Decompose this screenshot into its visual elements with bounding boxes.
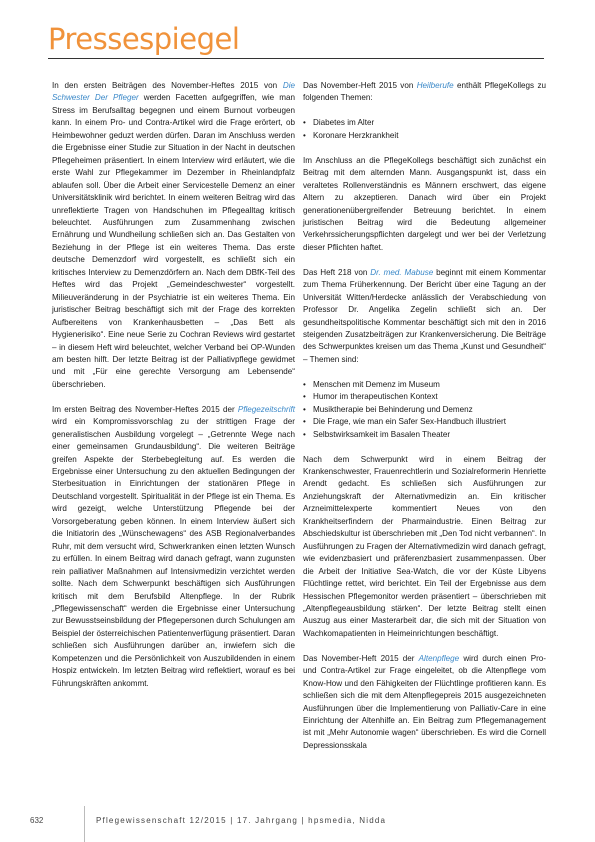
journal-name-pflegezeitschrift: Pflegezeitschrift xyxy=(238,405,295,414)
list-item: Die Frage, wie man ein Safer Sex-Handbuc… xyxy=(303,416,546,428)
paragraph-altenpflege: Das November-Heft 2015 der Altenpflege w… xyxy=(303,653,546,753)
footer-divider xyxy=(84,806,85,842)
list-item: Humor im therapeutischen Kontext xyxy=(303,391,546,403)
right-column: Das November-Heft 2015 von Heilberufe en… xyxy=(303,80,546,765)
list-item: Musiktherapie bei Behinderung und Demenz xyxy=(303,404,546,416)
page-title: Pressespiegel xyxy=(48,22,239,56)
paragraph-mabuse: Das Heft 218 von Dr. med. Mabuse beginnt… xyxy=(303,267,546,367)
list-item: Diabetes im Alter xyxy=(303,117,546,129)
paragraph-mabuse-cont: Nach dem Schwerpunkt wird in einem Beitr… xyxy=(303,454,546,641)
paragraph-pflegezeitschrift: Im ersten Beitrag des November-Heftes 20… xyxy=(52,404,295,690)
paragraph-schwester: In den ersten Beiträgen des November-Hef… xyxy=(52,80,295,391)
paragraph-heilberufe: Das November-Heft 2015 von Heilberufe en… xyxy=(303,80,546,105)
mabuse-topics-list: Menschen mit Demenz im Museum Humor im t… xyxy=(303,379,546,441)
journal-name-heilberufe: Heilberufe xyxy=(417,81,454,90)
page-number: 632 xyxy=(30,816,43,825)
footer-citation: Pflegewissenschaft 12/2015 | 17. Jahrgan… xyxy=(96,816,386,825)
journal-name-mabuse: Dr. med. Mabuse xyxy=(370,268,433,277)
pflegekollegs-list: Diabetes im Alter Koronare Herzkrankheit xyxy=(303,117,546,142)
list-item: Selbstwirksamkeit im Basalen Theater xyxy=(303,429,546,441)
left-column: In den ersten Beiträgen des November-Hef… xyxy=(52,80,295,703)
title-divider xyxy=(48,58,544,59)
list-item: Menschen mit Demenz im Museum xyxy=(303,379,546,391)
list-item: Koronare Herzkrankheit xyxy=(303,130,546,142)
paragraph-heilberufe-cont: Im Anschluss an die PflegeKollegs beschä… xyxy=(303,155,546,255)
journal-name-altenpflege: Altenpflege xyxy=(419,654,460,663)
